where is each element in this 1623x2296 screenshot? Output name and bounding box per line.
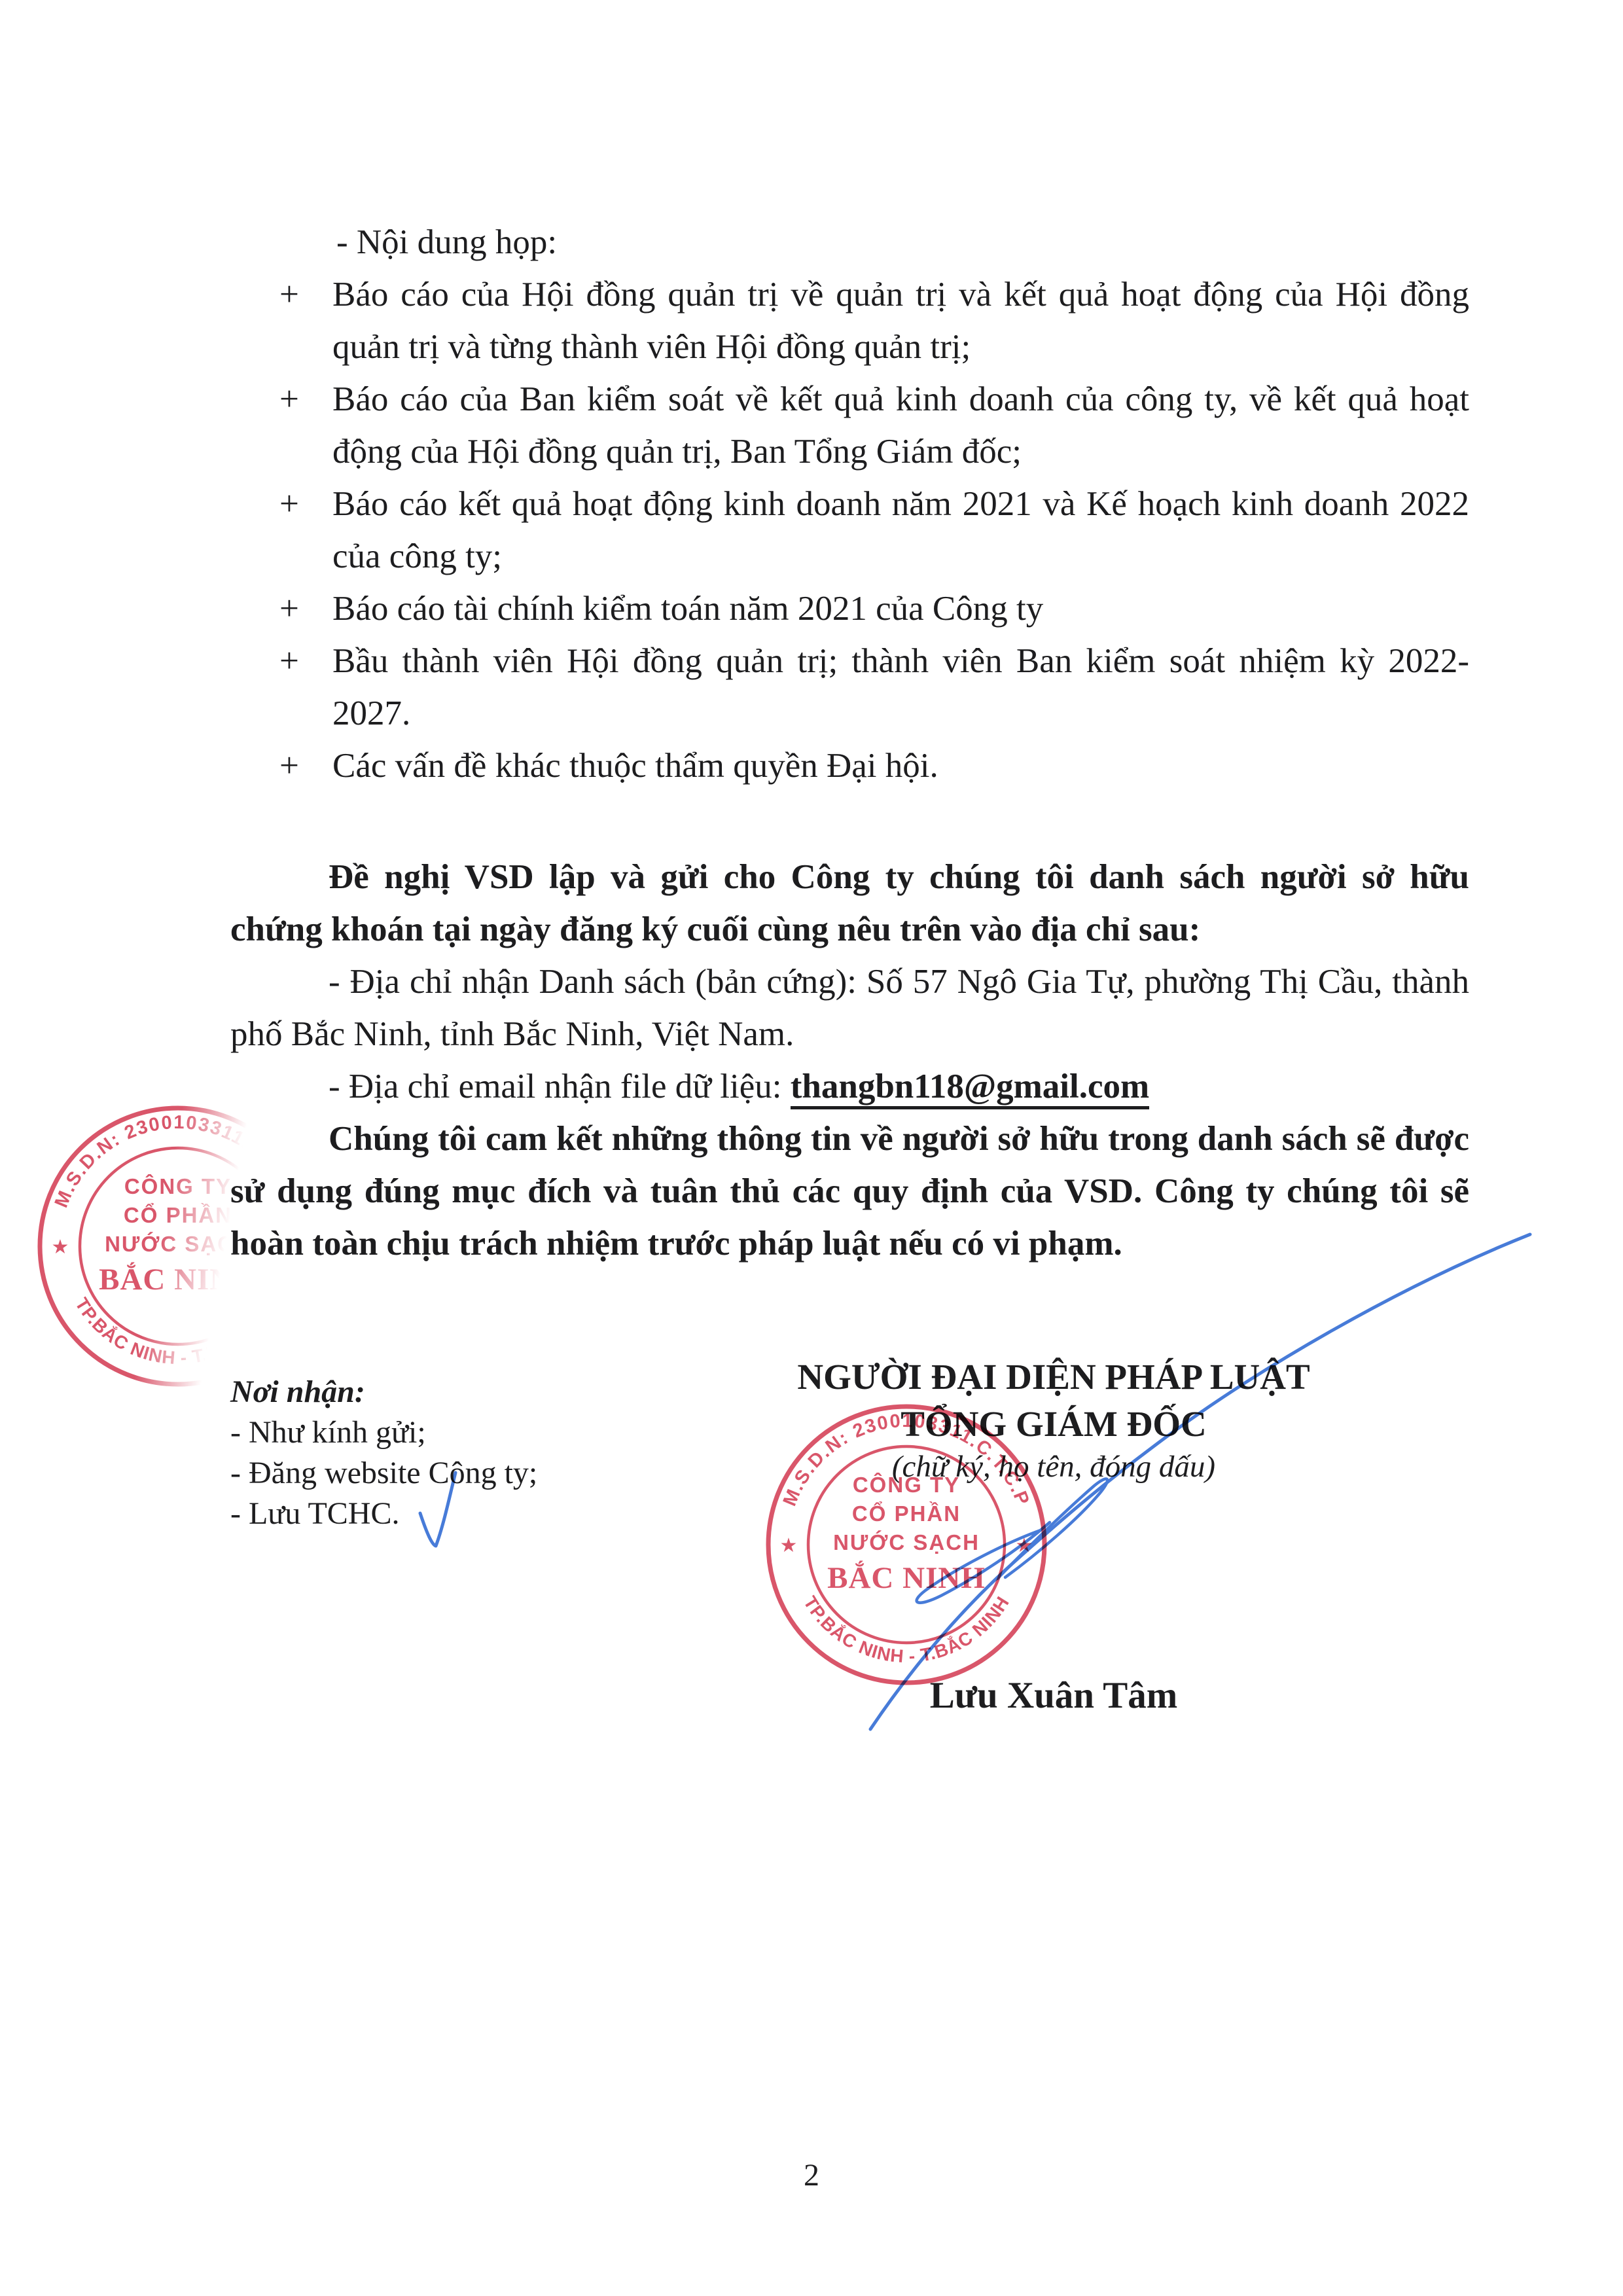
hard-copy-address-line: - Địa chỉ nhận Danh sách (bản cứng): Số …	[230, 956, 1469, 1060]
agenda-intro: - Nội dung họp:	[279, 216, 1469, 268]
star-icon: ★	[1016, 1534, 1033, 1557]
agenda-item-text: Bầu thành viên Hội đồng quản trị; thành …	[332, 642, 1469, 732]
plus-bullet: +	[279, 740, 299, 792]
recipients-block: Nơi nhận: - Như kính gửi; - Đăng website…	[230, 1372, 688, 1534]
stamp-company-line: NƯỚC SẠCH	[105, 1232, 251, 1256]
stamp-company-line: CỔ PHẦN	[124, 1203, 232, 1227]
stamp-arc-bottom-text: TP.BẮC NINH - T.BẮC NINH	[71, 1294, 285, 1368]
agenda-item-text: Báo cáo của Hội đồng quản trị về quản tr…	[332, 276, 1469, 366]
stamp-company-line: CÔNG TY	[853, 1472, 960, 1497]
stamp-company-name: BẮC NINH	[827, 1560, 986, 1595]
stamp-arc-bottom-text: TP.BẮC NINH - T.BẮC NINH	[800, 1592, 1013, 1666]
commitment-paragraph: Chúng tôi cam kết những thông tin về ngư…	[230, 1113, 1469, 1270]
recipient-line: - Đăng website Công ty;	[230, 1453, 688, 1494]
agenda-item: + Bầu thành viên Hội đồng quản trị; thàn…	[279, 635, 1469, 740]
plus-bullet: +	[279, 635, 299, 687]
agenda-item: + Báo cáo kết quả hoạt động kinh doanh n…	[279, 478, 1469, 583]
stamp-company-line: CÔNG TY	[124, 1174, 232, 1198]
email-value: thangbn118@gmail.com	[791, 1067, 1149, 1109]
plus-bullet: +	[279, 268, 299, 321]
plus-bullet: +	[279, 478, 299, 530]
scanned-document-page: M.S.D.N: 2300103311.C.T.C.P TP.BẮC NINH …	[0, 0, 1623, 2296]
recipient-line: - Như kính gửi;	[230, 1412, 688, 1453]
meeting-agenda: - Nội dung họp: + Báo cáo của Hội đồng q…	[279, 216, 1469, 792]
recipients-title: Nơi nhận:	[230, 1372, 688, 1412]
agenda-item: + Báo cáo tài chính kiểm toán năm 2021 c…	[279, 583, 1469, 635]
request-paragraph: Đề nghị VSD lập và gửi cho Công ty chúng…	[230, 851, 1469, 956]
agenda-item-text: Báo cáo kết quả hoạt động kinh doanh năm…	[332, 485, 1469, 575]
company-stamp: M.S.D.N: 2300103311.C.T.C.P TP.BẮC NINH …	[762, 1401, 1050, 1689]
agenda-item-text: Các vấn đề khác thuộc thẩm quyền Đại hội…	[332, 747, 938, 785]
stamp-company-line: NƯỚC SẠCH	[833, 1530, 980, 1554]
agenda-item-text: Báo cáo tài chính kiểm toán năm 2021 của…	[332, 590, 1043, 628]
agenda-item: + Báo cáo của Hội đồng quản trị về quản …	[279, 268, 1469, 373]
legal-representative-title: NGƯỜI ĐẠI DIỆN PHÁP LUẬT	[759, 1356, 1348, 1397]
agenda-item: + Các vấn đề khác thuộc thẩm quyền Đại h…	[279, 740, 1469, 792]
star-icon: ★	[780, 1534, 798, 1557]
agenda-item-text: Báo cáo của Ban kiểm soát về kết quả kin…	[332, 380, 1469, 471]
email-address-line: - Địa chỉ email nhận file dữ liệu: thang…	[230, 1060, 1469, 1113]
stamp-company-line: CỔ PHẦN	[852, 1501, 961, 1526]
email-label: - Địa chỉ email nhận file dữ liệu:	[329, 1067, 791, 1105]
document-body: Đề nghị VSD lập và gửi cho Công ty chúng…	[230, 851, 1469, 1270]
recipient-line: - Lưu TCHC.	[230, 1494, 688, 1534]
plus-bullet: +	[279, 583, 299, 635]
agenda-item: + Báo cáo của Ban kiểm soát về kết quả k…	[279, 373, 1469, 478]
plus-bullet: +	[279, 373, 299, 425]
page-number: 2	[0, 2157, 1623, 2193]
star-icon: ★	[52, 1236, 69, 1259]
